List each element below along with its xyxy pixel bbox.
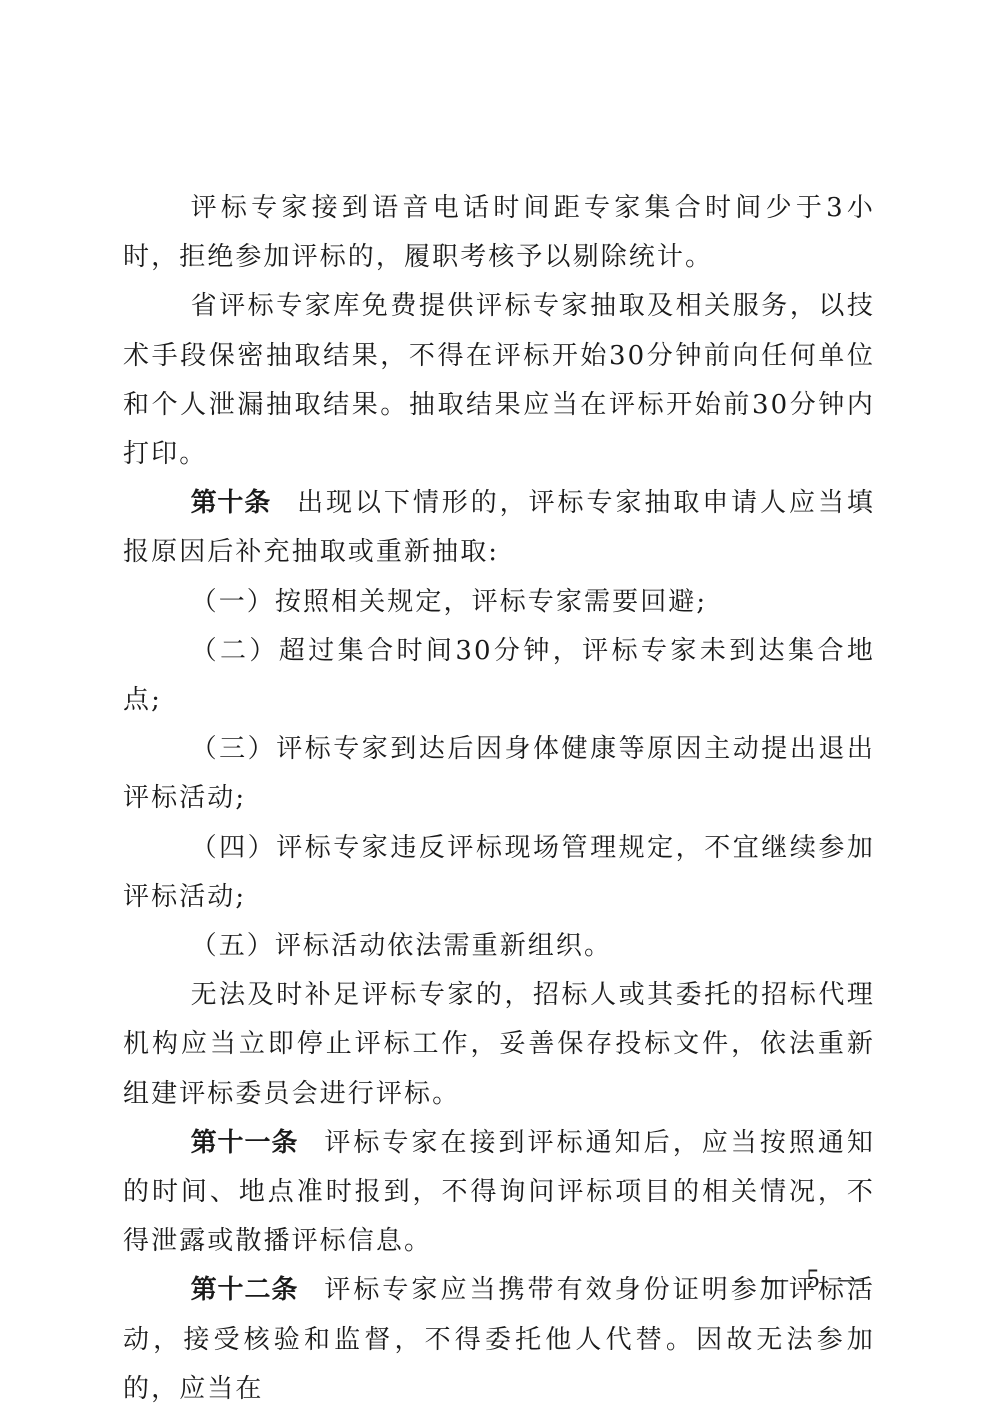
- page-number: — 5 —: [762, 1264, 870, 1294]
- list-item-3: （三）评标专家到达后因身体健康等原因主动提出退出评标活动;: [123, 725, 875, 823]
- paragraph-text: 评标专家接到语音电话时间距专家集合时间少于3小时，拒绝参加评标的，履职考核予以剔…: [123, 193, 875, 272]
- document-body: 评标专家接到语音电话时间距专家集合时间少于3小时，拒绝参加评标的，履职考核予以剔…: [123, 184, 875, 1414]
- list-item-text: （二）超过集合时间30分钟，评标专家未到达集合地点;: [123, 636, 875, 715]
- list-item-1: （一）按照相关规定，评标专家需要回避;: [123, 578, 875, 627]
- list-item-5: （五）评标活动依法需重新组织。: [123, 922, 875, 971]
- paragraph-expert-refusal: 评标专家接到语音电话时间距专家集合时间少于3小时，拒绝参加评标的，履职考核予以剔…: [123, 184, 875, 282]
- article-heading: 第十二条: [191, 1275, 299, 1305]
- article-heading: 第十条: [191, 488, 272, 518]
- list-item-text: （一）按照相关规定，评标专家需要回避;: [191, 587, 708, 617]
- list-item-2: （二）超过集合时间30分钟，评标专家未到达集合地点;: [123, 627, 875, 725]
- paragraph-text: 无法及时补足评标专家的，招标人或其委托的招标代理机构应当立即停止评标工作，妥善保…: [123, 980, 875, 1108]
- paragraph-expert-database-service: 省评标专家库免费提供评标专家抽取及相关服务，以技术手段保密抽取结果，不得在评标开…: [123, 282, 875, 479]
- article-11: 第十一条评标专家在接到评标通知后，应当按照通知的时间、地点准时报到，不得询问评标…: [123, 1119, 875, 1267]
- document-page: 评标专家接到语音电话时间距专家集合时间少于3小时，拒绝参加评标的，履职考核予以剔…: [0, 0, 1000, 1414]
- paragraph-insufficient-experts: 无法及时补足评标专家的，招标人或其委托的招标代理机构应当立即停止评标工作，妥善保…: [123, 971, 875, 1119]
- list-item-text: （三）评标专家到达后因身体健康等原因主动提出退出评标活动;: [123, 734, 875, 813]
- paragraph-text: 省评标专家库免费提供评标专家抽取及相关服务，以技术手段保密抽取结果，不得在评标开…: [123, 291, 875, 469]
- article-heading: 第十一条: [191, 1128, 299, 1158]
- list-item-text: （四）评标专家违反评标现场管理规定，不宜继续参加评标活动;: [123, 833, 875, 912]
- list-item-text: （五）评标活动依法需重新组织。: [191, 931, 613, 961]
- article-10: 第十条出现以下情形的，评标专家抽取申请人应当填报原因后补充抽取或重新抽取:: [123, 479, 875, 577]
- list-item-4: （四）评标专家违反评标现场管理规定，不宜继续参加评标活动;: [123, 824, 875, 922]
